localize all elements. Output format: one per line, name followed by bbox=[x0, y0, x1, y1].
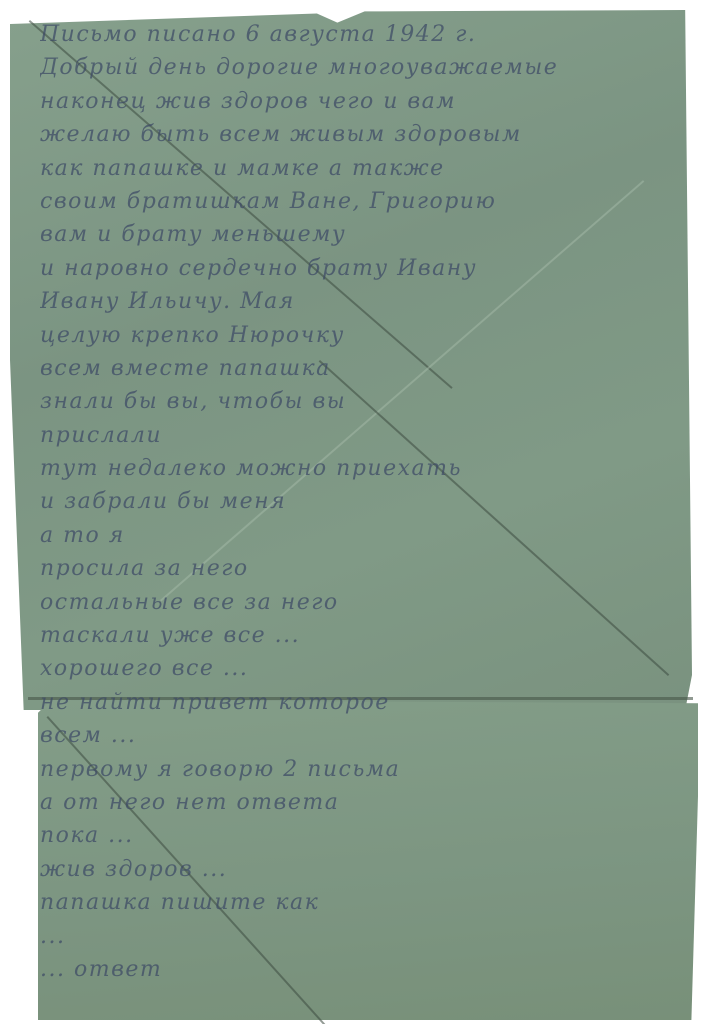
text-line: папашка пишите как bbox=[40, 886, 680, 919]
text-line: прислали bbox=[40, 419, 680, 452]
text-line: жив здоров ... bbox=[40, 853, 680, 886]
text-line: своим братишкам Ване, Григорию bbox=[40, 185, 680, 218]
text-line: желаю быть всем живым здоровым bbox=[40, 118, 680, 151]
text-line: просила за него bbox=[40, 552, 680, 585]
text-line: не найти привет которое bbox=[40, 686, 680, 719]
text-line: всем ... bbox=[40, 719, 680, 752]
text-line: как папашке и мамке а также bbox=[40, 152, 680, 185]
text-line: тут недалеко можно приехать bbox=[40, 452, 680, 485]
text-line: а то я bbox=[40, 519, 680, 552]
handwritten-text: Письмо писано 6 августа 1942 г. Добрый д… bbox=[40, 18, 680, 986]
text-line: Добрый день дорогие многоуважаемые bbox=[40, 51, 680, 84]
text-line: а от него нет ответа bbox=[40, 786, 680, 819]
text-line: наконец жив здоров чего и вам bbox=[40, 85, 680, 118]
text-line: остальные все за него bbox=[40, 586, 680, 619]
text-line: вам и брату меньшему bbox=[40, 218, 680, 251]
text-line: таскали уже все ... bbox=[40, 619, 680, 652]
text-line: пока ... bbox=[40, 819, 680, 852]
text-line: хорошего все ... bbox=[40, 652, 680, 685]
text-line: целую крепко Нюрочку bbox=[40, 319, 680, 352]
text-line: Письмо писано 6 августа 1942 г. bbox=[40, 18, 680, 51]
letter-scan: Письмо писано 6 августа 1942 г. Добрый д… bbox=[0, 0, 704, 1024]
text-line: и забрали бы меня bbox=[40, 485, 680, 518]
text-line: и наровно сердечно брату Ивану bbox=[40, 252, 680, 285]
text-line: Ивану Ильичу. Мая bbox=[40, 285, 680, 318]
text-line: знали бы вы, чтобы вы bbox=[40, 385, 680, 418]
text-line: всем вместе папашка bbox=[40, 352, 680, 385]
text-line: ... bbox=[40, 920, 680, 953]
text-line: первому я говорю 2 письма bbox=[40, 753, 680, 786]
text-line: ... ответ bbox=[40, 953, 680, 986]
